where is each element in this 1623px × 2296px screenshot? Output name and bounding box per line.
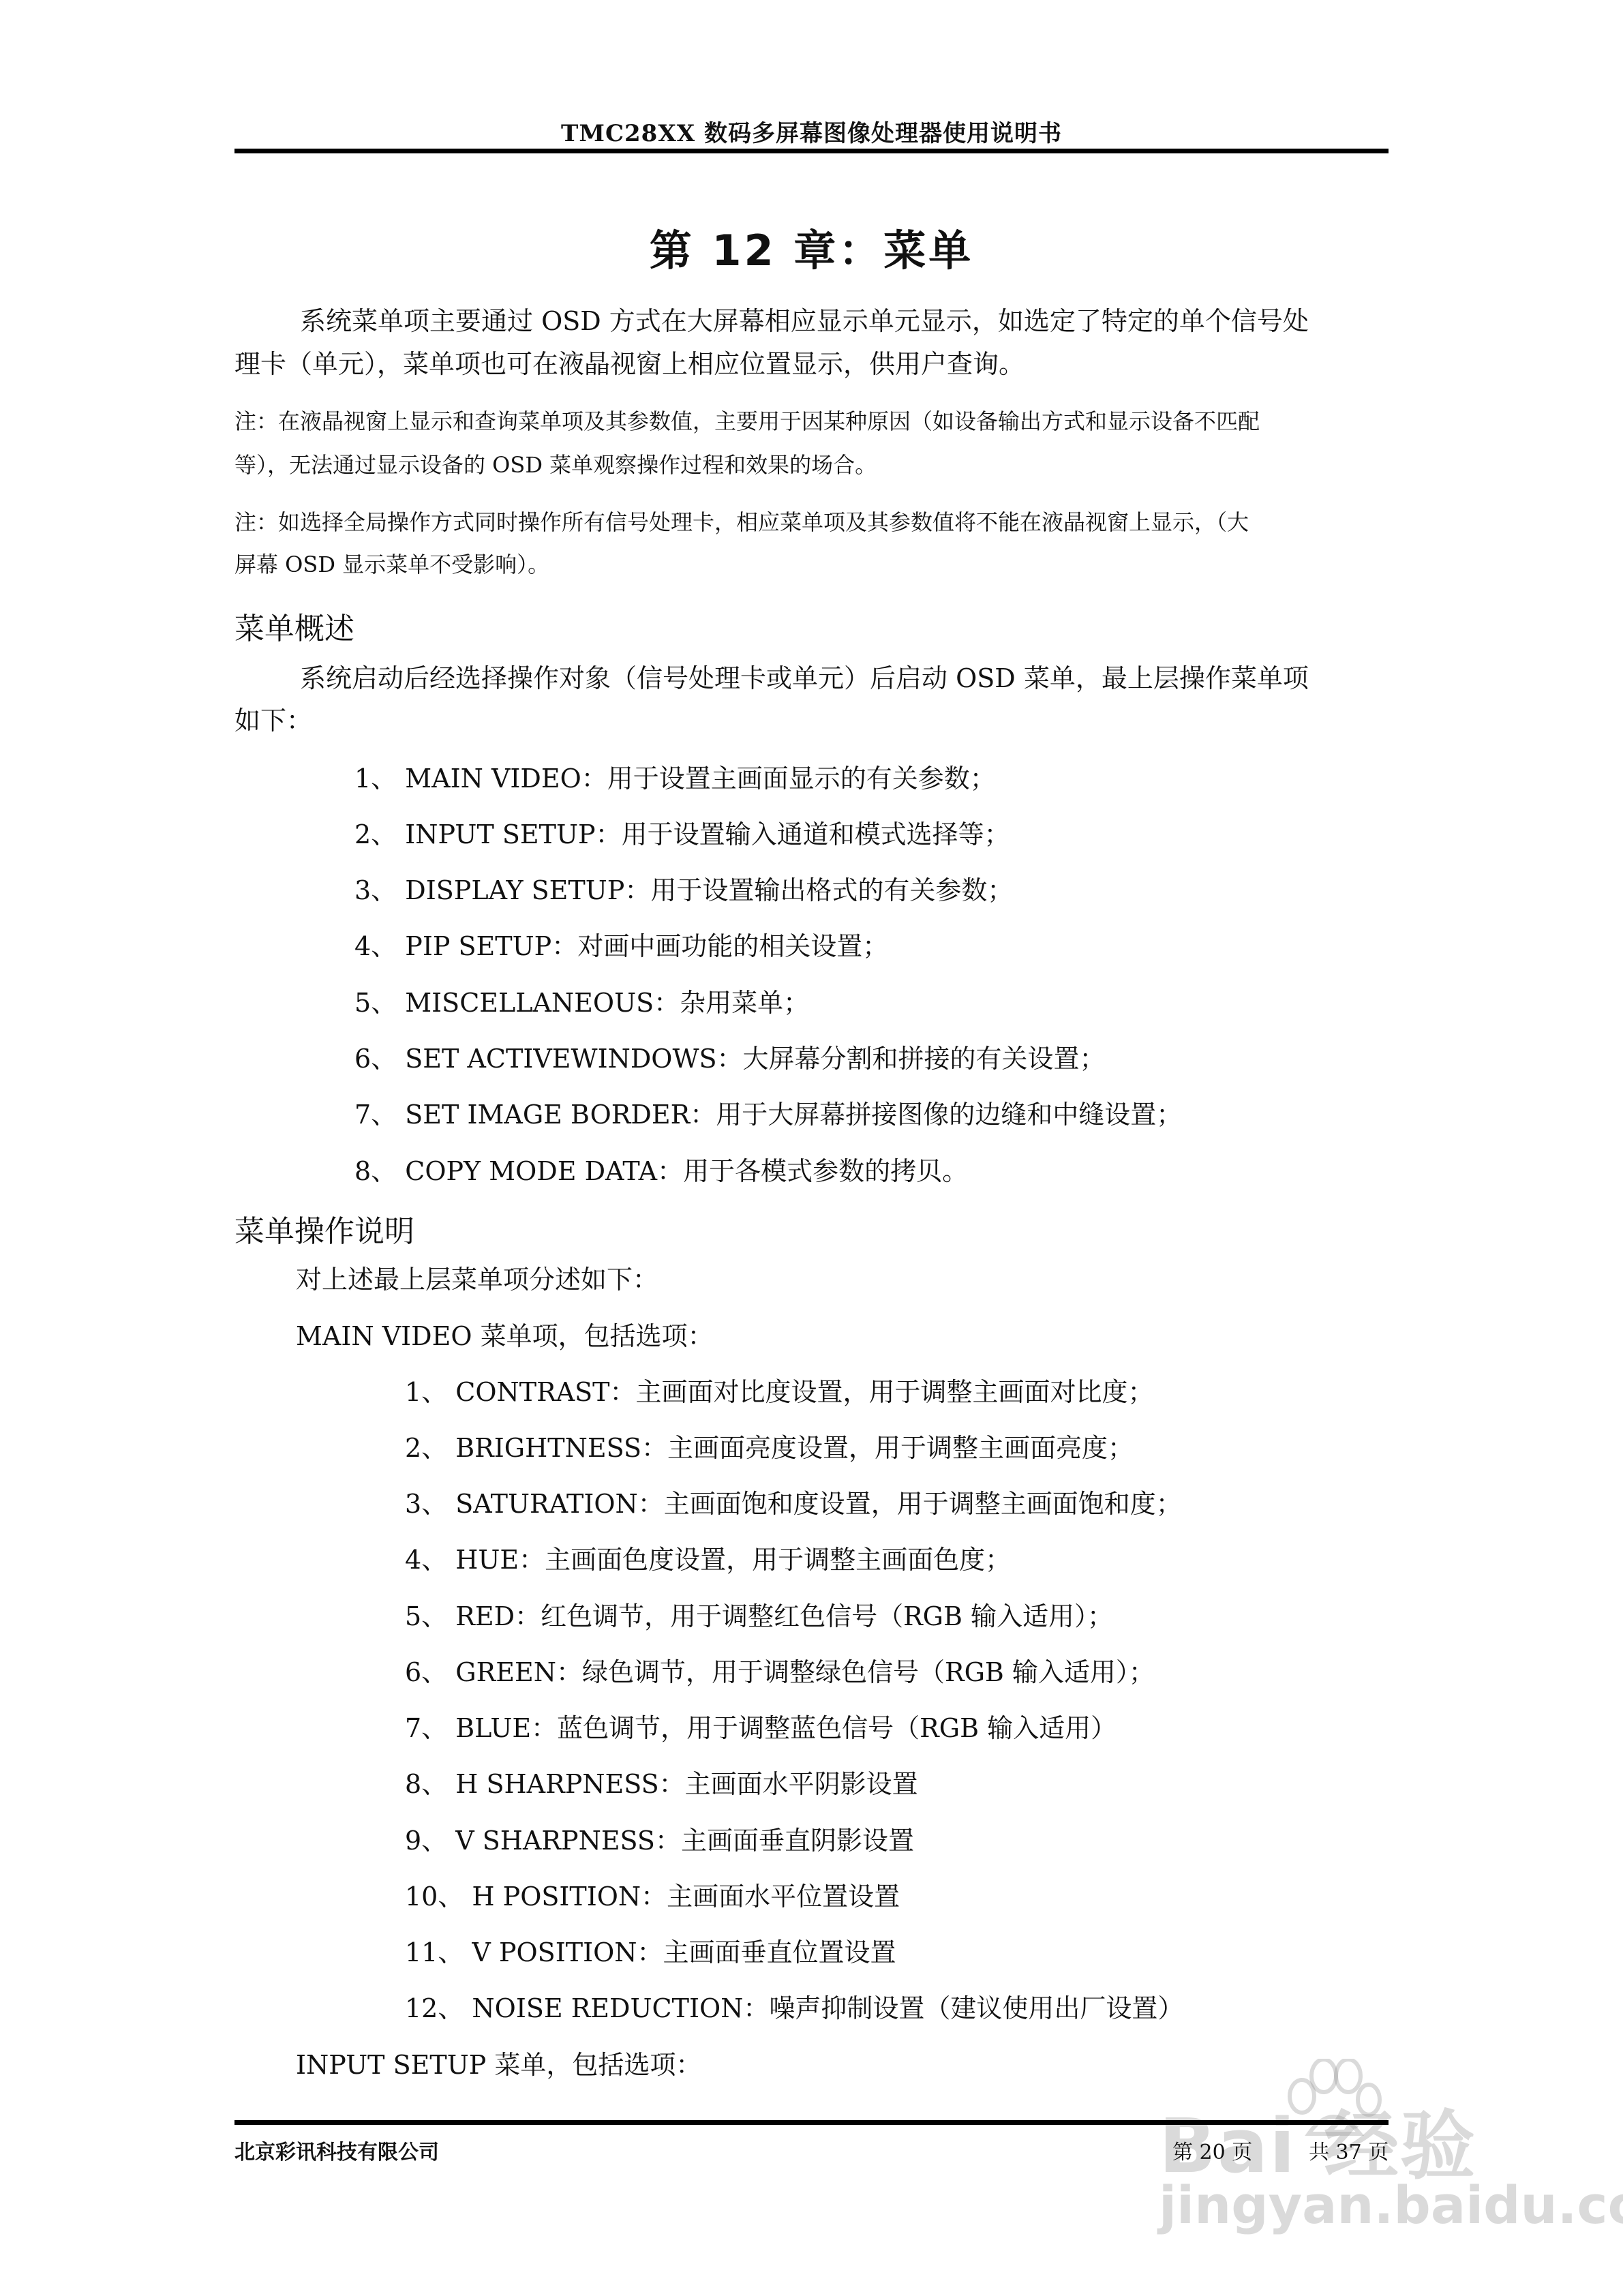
list-item: 6、 GREEN：绿色调节，用于调整绿色信号（RGB 输入适用）； (405, 1659, 1155, 1685)
note-1-line-1: 注：在液晶视窗上显示和查询菜单项及其参数值，主要用于因某种原因（如设备输出方式和… (234, 410, 1260, 432)
watermark-url: jingyan.baidu.com (1159, 2175, 1623, 2235)
note-2-line-2: 屏幕 OSD 显示菜单不受影响）。 (234, 554, 549, 575)
intro-line-1: 系统菜单项主要通过 OSD 方式在大屏幕相应显示单元显示，如选定了特定的单个信号… (300, 308, 1309, 334)
overview-para-line-2: 如下： (234, 708, 312, 734)
footer-rule (234, 2120, 1389, 2125)
list-item: 6、 SET ACTIVEWINDOWS：大屏幕分割和拼接的有关设置； (354, 1046, 1106, 1072)
note-2-line-1: 注：如选择全局操作方式同时操作所有信号处理卡，相应菜单项及其参数值将不能在液晶视… (234, 511, 1249, 533)
overview-para-line-1: 系统启动后经选择操作对象（信号处理卡或单元）后启动 OSD 菜单，最上层操作菜单… (300, 665, 1309, 691)
list-item: 1、 CONTRAST：主画面对比度设置，用于调整主画面对比度； (405, 1379, 1154, 1405)
list-item: 10、 H POSITION：主画面水平位置设置 (405, 1884, 900, 1909)
footer-page-number: 第 20 页 (1172, 2135, 1252, 2165)
list-item: 4、 PIP SETUP：对画中画功能的相关设置； (354, 933, 888, 959)
list-item: 9、 V SHARPNESS：主画面垂直阴影设置 (405, 1828, 914, 1854)
chapter-title: 第 12 章：菜单 (0, 217, 1623, 277)
section-heading-operation: 菜单操作说明 (234, 1207, 414, 1250)
running-header-title: TMC28XX 数码多屏幕图像处理器使用说明书 (0, 115, 1623, 148)
list-item: 5、 MISCELLANEOUS：杂用菜单； (354, 990, 809, 1016)
footer-company: 北京彩讯科技有限公司 (234, 2135, 439, 2165)
list-item: 3、 DISPLAY SETUP：用于设置输出格式的有关参数； (354, 877, 1013, 903)
note-1-line-2: 等），无法通过显示设备的 OSD 菜单观察操作过程和效果的场合。 (234, 454, 877, 476)
list-item: 5、 RED：红色调节，用于调整红色信号（RGB 输入适用）； (405, 1603, 1113, 1629)
list-item: 3、 SATURATION：主画面饱和度设置，用于调整主画面饱和度； (405, 1491, 1182, 1517)
operation-intro: 对上述最上层菜单项分述如下： (296, 1267, 658, 1293)
list-item: 7、 SET IMAGE BORDER：用于大屏幕拼接图像的边缝和中缝设置； (354, 1102, 1182, 1128)
list-item: 12、 NOISE REDUCTION：噪声抑制设置（建议使用出厂设置） (405, 1995, 1183, 2021)
section-heading-overview: 菜单概述 (234, 604, 354, 648)
list-item: 8、 H SHARPNESS：主画面水平阴影设置 (405, 1771, 918, 1797)
list-item: 8、 COPY MODE DATA：用于各模式参数的拷贝。 (354, 1158, 968, 1184)
header-rule (234, 149, 1389, 153)
footer-page-total: 共 37 页 (1309, 2135, 1389, 2165)
list-item: 1、 MAIN VIDEO：用于设置主画面显示的有关参数； (354, 766, 996, 791)
list-item: 7、 BLUE：蓝色调节，用于调整蓝色信号（RGB 输入适用） (405, 1715, 1117, 1741)
list-item: 2、 INPUT SETUP：用于设置输入通道和模式选择等； (354, 821, 1010, 847)
input-setup-heading: INPUT SETUP 菜单，包括选项： (296, 2052, 701, 2078)
main-video-heading: MAIN VIDEO 菜单项，包括选项： (296, 1323, 714, 1349)
intro-line-2: 理卡（单元），菜单项也可在液晶视窗上相应位置显示，供用户查询。 (234, 351, 1025, 377)
list-item: 2、 BRIGHTNESS：主画面亮度设置，用于调整主画面亮度； (405, 1435, 1134, 1461)
list-item: 11、 V POSITION：主画面垂直位置设置 (405, 1939, 896, 1965)
list-item: 4、 HUE：主画面色度设置，用于调整主画面色度； (405, 1547, 1011, 1573)
